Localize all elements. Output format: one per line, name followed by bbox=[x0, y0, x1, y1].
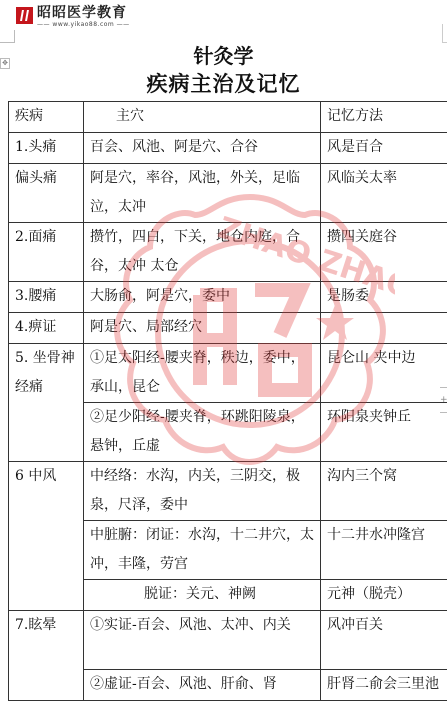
document-subtitle: 疾病主治及记忆 bbox=[0, 68, 447, 98]
table-row: 1.头痛 百会、风池、阿是穴、合谷 风是百合 bbox=[9, 133, 447, 164]
table-row: 6 中风 中经络：水沟，内关，三阴交，极泉，尺泽，委中 沟内三个窝 bbox=[9, 462, 447, 521]
disease-cell: 3.腰痛 bbox=[9, 282, 84, 313]
column-header-disease: 疾病 bbox=[9, 102, 84, 133]
points-cell: ①足太阳经-腰夹脊，秩边，委中，承山，昆仑 bbox=[84, 344, 321, 403]
memory-cell: 攒四关庭谷 bbox=[321, 223, 447, 282]
table-header-row: 疾病 主穴 记忆方法 bbox=[9, 102, 447, 133]
memory-cell: 风是百合 bbox=[321, 133, 447, 164]
points-cell: 脱证：关元、神阙 bbox=[84, 580, 321, 611]
memory-cell: 风临关太率 bbox=[321, 164, 447, 223]
memory-cell: 沟内三个窝 bbox=[321, 462, 447, 521]
disease-cell: 1.头痛 bbox=[9, 133, 84, 164]
points-cell: ②足少阳经-腰夹脊，环跳阳陵泉，悬钟，丘虚 bbox=[84, 403, 321, 462]
table-row: 2.面痛 攒竹，四白，下关，地仓内庭，合谷，太冲 太仓 攒四关庭谷 bbox=[9, 223, 447, 282]
points-cell: 中脏腑：闭证：水沟，十二井穴，太冲，丰隆，劳宫 bbox=[84, 521, 321, 580]
table-row: 3.腰痛 大肠俞，阿是穴，委中 是肠委 bbox=[9, 282, 447, 313]
points-cell: 百会、风池、阿是穴、合谷 bbox=[84, 133, 321, 164]
points-cell: ①实证-百会、风池、太冲、内关 bbox=[84, 611, 321, 670]
memory-cell: 环阳泉夹钟丘 bbox=[321, 403, 447, 462]
memory-cell bbox=[321, 313, 447, 344]
disease-table: 疾病 主穴 记忆方法 1.头痛 百会、风池、阿是穴、合谷 风是百合 偏头痛 阿是… bbox=[8, 101, 447, 701]
logo: 昭昭医学教育 —— www.yikao88.com —— bbox=[16, 5, 130, 29]
memory-cell: 十二井水冲隆宫 bbox=[321, 521, 447, 580]
document-title: 针灸学 bbox=[0, 40, 447, 69]
disease-cell: 偏头痛 bbox=[9, 164, 84, 223]
points-cell: 阿是穴，率谷，风池，外关，足临泣，太冲 bbox=[84, 164, 321, 223]
column-header-points: 主穴 bbox=[84, 102, 321, 133]
disease-cell: 7.眩晕 bbox=[9, 611, 84, 701]
logo-icon bbox=[16, 7, 33, 24]
logo-name: 昭昭医学教育 bbox=[37, 5, 130, 21]
table-row: 4.痹证 阿是穴、局部经穴 bbox=[9, 313, 447, 344]
memory-cell: 元神（脱壳） bbox=[321, 580, 447, 611]
memory-cell: 是肠委 bbox=[321, 282, 447, 313]
table-row: 5. 坐骨神经痛 ①足太阳经-腰夹脊，秩边，委中，承山，昆仑 昆仑山 夹中边 bbox=[9, 344, 447, 403]
disease-cell: 5. 坐骨神经痛 bbox=[9, 344, 84, 462]
memory-cell: 肝肾二俞会三里池 bbox=[321, 670, 447, 701]
points-cell: 中经络：水沟，内关，三阴交，极泉，尺泽，委中 bbox=[84, 462, 321, 521]
memory-cell: 风冲百关 bbox=[321, 611, 447, 670]
disease-cell: 6 中风 bbox=[9, 462, 84, 611]
disease-cell: 2.面痛 bbox=[9, 223, 84, 282]
points-cell: 攒竹，四白，下关，地仓内庭，合谷，太冲 太仓 bbox=[84, 223, 321, 282]
column-header-memory: 记忆方法 bbox=[321, 102, 447, 133]
memory-cell: 昆仑山 夹中边 bbox=[321, 344, 447, 403]
disease-cell: 4.痹证 bbox=[9, 313, 84, 344]
points-cell: 大肠俞，阿是穴，委中 bbox=[84, 282, 321, 313]
table-row: 偏头痛 阿是穴，率谷，风池，外关，足临泣，太冲 风临关太率 bbox=[9, 164, 447, 223]
points-cell: 阿是穴、局部经穴 bbox=[84, 313, 321, 344]
logo-url: —— www.yikao88.com —— bbox=[37, 21, 130, 29]
table-row: 7.眩晕 ①实证-百会、风池、太冲、内关 风冲百关 bbox=[9, 611, 447, 670]
points-cell: ②虚证-百会、风池、肝俞、肾 bbox=[84, 670, 321, 701]
